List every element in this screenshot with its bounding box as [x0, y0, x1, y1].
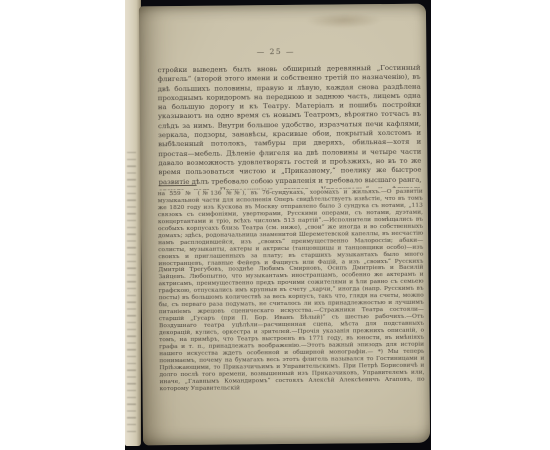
book-page: — 25 — стройки выведенъ былъ вновь обшир… [139, 4, 430, 446]
footnote-text: на 559 № (№136 №№), въ 76-сундукахъ, хор… [158, 189, 425, 393]
page-number: — 25 — [139, 46, 412, 58]
body-text: стройки выведенъ былъ вновь обширный дер… [157, 64, 421, 191]
book-photo: — 25 — стройки выведенъ былъ вновь обшир… [125, 0, 431, 450]
facing-page-blurred-text [127, 152, 136, 434]
